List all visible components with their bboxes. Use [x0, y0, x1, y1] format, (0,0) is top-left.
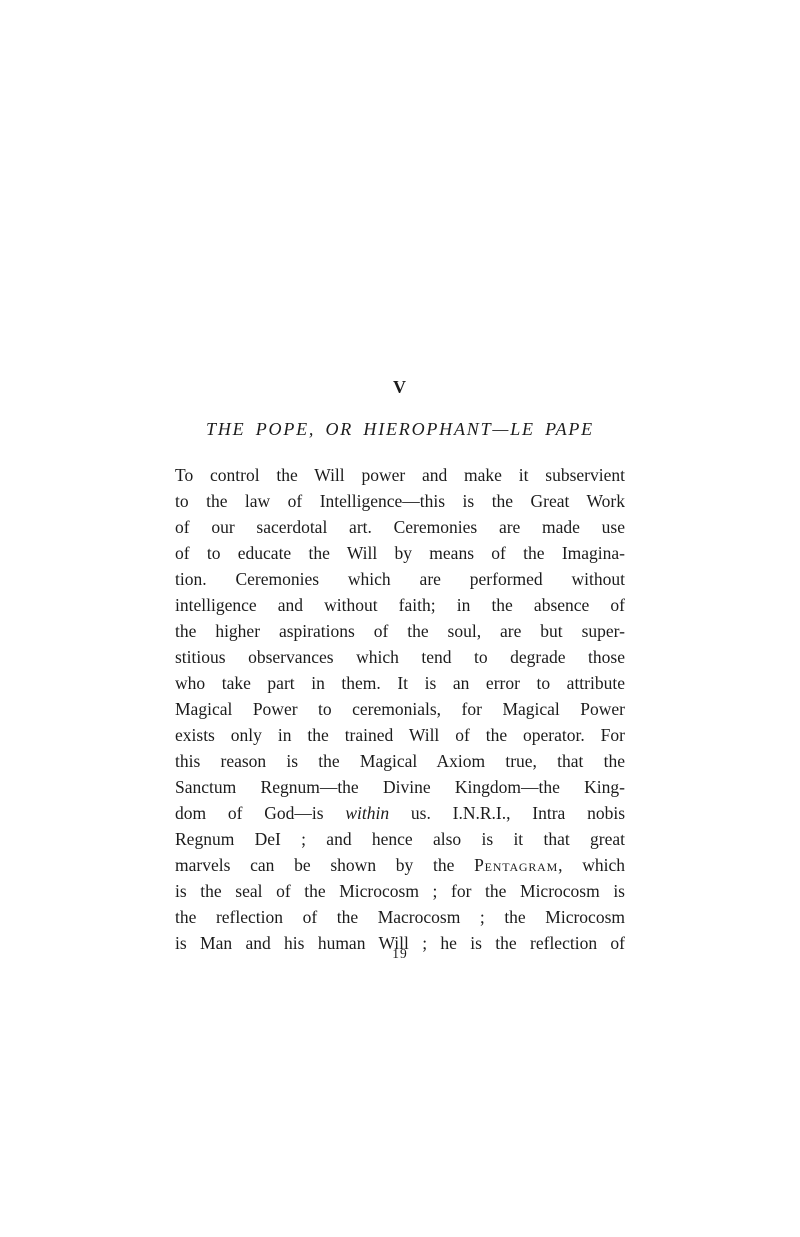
body-line-text: Regnum DeI ; and hence also is it that g… — [175, 829, 625, 849]
body-line: of our sacerdotal art. Ceremonies are ma… — [175, 514, 625, 540]
body-line-text: stitious observances which tend to degra… — [175, 647, 625, 667]
page-number: 19 — [175, 946, 625, 962]
body-line: Regnum DeI ; and hence also is it that g… — [175, 826, 625, 852]
body-line: this reason is the Magical Axiom true, t… — [175, 748, 625, 774]
body-line: is the seal of the Microcosm ; for the M… — [175, 878, 625, 904]
body-line: dom of God—is within us. I.N.R.I., Intra… — [175, 800, 625, 826]
body-line-text: us. I.N.R.I., Intra nobis — [389, 803, 625, 823]
body-line-text: tion. Ceremonies which are performed wit… — [175, 569, 625, 589]
body-line-text: is the seal of the Microcosm ; for the M… — [175, 881, 625, 901]
chapter-number: V — [175, 377, 625, 398]
body-line: who take part in them. It is an error to… — [175, 670, 625, 696]
body-line-text: to the law of Intelligence—this is the G… — [175, 491, 625, 511]
body-line-text: of our sacerdotal art. Ceremonies are ma… — [175, 517, 625, 537]
body-line-text: the higher aspirations of the soul, are … — [175, 621, 625, 641]
body-line-text: dom of God—is — [175, 803, 345, 823]
body-line-text: exists only in the trained Will of the o… — [175, 725, 625, 745]
body-line-text: To control the Will power and make it su… — [175, 465, 625, 485]
body-line: To control the Will power and make it su… — [175, 462, 625, 488]
body-text: To control the Will power and make it su… — [175, 462, 625, 956]
body-line: to the law of Intelligence—this is the G… — [175, 488, 625, 514]
body-line: the higher aspirations of the soul, are … — [175, 618, 625, 644]
body-line: tion. Ceremonies which are performed wit… — [175, 566, 625, 592]
body-line: stitious observances which tend to degra… — [175, 644, 625, 670]
body-line-text: Sanctum Regnum—the Divine Kingdom—the Ki… — [175, 777, 625, 797]
body-line-text: , which — [558, 855, 625, 875]
body-line-text: of to educate the Will by means of the I… — [175, 543, 625, 563]
body-line: Sanctum Regnum—the Divine Kingdom—the Ki… — [175, 774, 625, 800]
body-line: exists only in the trained Will of the o… — [175, 722, 625, 748]
body-line-text: the reflection of the Macrocosm ; the Mi… — [175, 907, 625, 927]
italic-word: within — [345, 803, 389, 823]
body-line-text: intelligence and without faith; in the a… — [175, 595, 625, 615]
body-line-text: marvels can be shown by the — [175, 855, 474, 875]
body-line-text: this reason is the Magical Axiom true, t… — [175, 751, 625, 771]
body-line: of to educate the Will by means of the I… — [175, 540, 625, 566]
smallcaps-word: Pentagram — [474, 855, 558, 875]
body-line-text: who take part in them. It is an error to… — [175, 673, 625, 693]
body-line-text: Magical Power to ceremonials, for Magica… — [175, 699, 625, 719]
chapter-title: THE POPE, OR HIEROPHANT—LE PAPE — [145, 419, 655, 440]
body-line: marvels can be shown by the Pentagram, w… — [175, 852, 625, 878]
body-line: intelligence and without faith; in the a… — [175, 592, 625, 618]
body-line: Magical Power to ceremonials, for Magica… — [175, 696, 625, 722]
body-line: the reflection of the Macrocosm ; the Mi… — [175, 904, 625, 930]
book-page: V THE POPE, OR HIEROPHANT—LE PAPE To con… — [0, 0, 800, 1237]
